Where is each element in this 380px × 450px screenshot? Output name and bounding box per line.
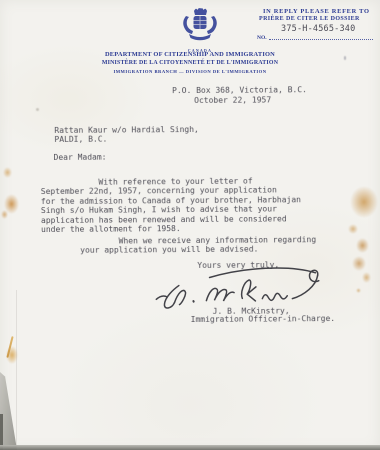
scanned-letter: IN REPLY PLEASE REFER TO PRIÈRE DE CITER…: [0, 0, 380, 450]
typed-content: P.O. Box 368, Victoria, B.C. October 22,…: [0, 0, 380, 450]
paper-crease: [16, 290, 17, 450]
body-paragraph-1: With reference to your letter of Septemb…: [41, 176, 326, 234]
body-paragraph-2: When we receive any information regardin…: [80, 235, 365, 256]
signatory-title: Immigration Officer-in-Charge.: [191, 314, 336, 324]
origin-address: P.O. Box 368, Victoria, B.C.: [172, 85, 307, 95]
scan-edge-bottom: [0, 445, 380, 450]
salutation: Dear Madam:: [53, 153, 106, 163]
signature-script: [149, 262, 355, 315]
recipient-address: Rattan Kaur w/o Hardial Singh, PALDI, B.…: [54, 125, 199, 145]
letter-date: October 22, 1957: [194, 95, 271, 105]
